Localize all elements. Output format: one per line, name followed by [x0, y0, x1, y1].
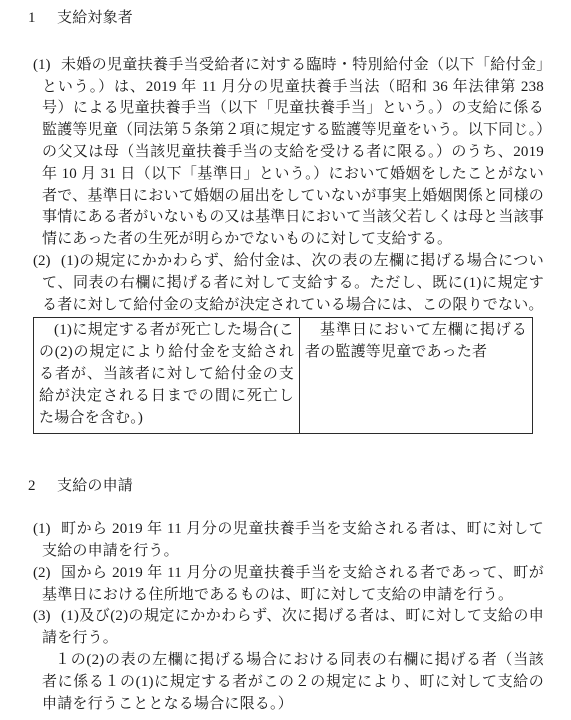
clause-text: (1)及び(2)の規定にかかわらず、次に掲げる者は、町に対して支給の申請を行う。 [42, 606, 544, 650]
section-number: 2 [28, 476, 57, 498]
clause-1-2: (2) (1)の規定にかかわらず、給付金は、次の表の左欄に掲げる場合について、同… [42, 251, 544, 316]
section-heading: 2支給の申請 [28, 476, 571, 498]
clause-marker: (3) [33, 606, 51, 628]
table-cell-right: 基準日において左欄に掲げる者の監護等児童であった者 [300, 318, 533, 434]
clause-1-1: (1) 未婚の児童扶養手当受給者に対する臨時・特別給付金（以下「給付金」という。… [42, 55, 544, 251]
document-page: 1支給対象者 (1) 未婚の児童扶養手当受給者に対する臨時・特別給付金（以下「給… [0, 0, 571, 720]
section-application: 2支給の申請 (1) 町から 2019 年 11 月分の児童扶養手当を支給される… [0, 476, 571, 715]
clause-marker: (1) [33, 519, 51, 541]
table-cell-left-text: (1)に規定する者が死亡した場合(この(2)の規定により給付金を支給される者が、… [39, 320, 294, 429]
table-cell-right-text: 基準日において左欄に掲げる者の監護等児童であった者 [305, 320, 527, 364]
sub-clause-2-3: １の(2)の表の左欄に掲げる場合における同表の右欄に掲げる者（当該者に係る１の(… [42, 650, 544, 715]
clause-2-2: (2) 国から 2019 年 11 月分の児童扶養手当を支給される者であって、町… [42, 563, 544, 607]
table-cell-left: (1)に規定する者が死亡した場合(この(2)の規定により給付金を支給される者が、… [34, 318, 300, 434]
section-number: 1 [28, 8, 57, 30]
section-title: 支給の申請 [57, 478, 133, 494]
eligibility-table: (1)に規定する者が死亡した場合(この(2)の規定により給付金を支給される者が、… [33, 317, 533, 434]
clause-text: (1)の規定にかかわらず、給付金は、次の表の左欄に掲げる場合について、同表の右欄… [42, 251, 544, 316]
clause-text: 町から 2019 年 11 月分の児童扶養手当を支給される者は、町に対して支給の… [42, 519, 544, 563]
clause-marker: (2) [33, 563, 51, 585]
clause-marker: (2) [33, 251, 51, 273]
clause-text: 未婚の児童扶養手当受給者に対する臨時・特別給付金（以下「給付金」という。）は、2… [42, 55, 544, 251]
table-row: (1)に規定する者が死亡した場合(この(2)の規定により給付金を支給される者が、… [34, 318, 533, 434]
section-title: 支給対象者 [57, 10, 133, 26]
clause-text: 国から 2019 年 11 月分の児童扶養手当を支給される者であって、町が基準日… [42, 563, 544, 607]
section-eligibility: 1支給対象者 (1) 未婚の児童扶養手当受給者に対する臨時・特別給付金（以下「給… [0, 8, 571, 434]
section-heading: 1支給対象者 [28, 8, 571, 30]
clause-2-1: (1) 町から 2019 年 11 月分の児童扶養手当を支給される者は、町に対し… [42, 519, 544, 563]
clause-2-3: (3) (1)及び(2)の規定にかかわらず、次に掲げる者は、町に対して支給の申請… [42, 606, 544, 650]
clause-marker: (1) [33, 55, 51, 77]
